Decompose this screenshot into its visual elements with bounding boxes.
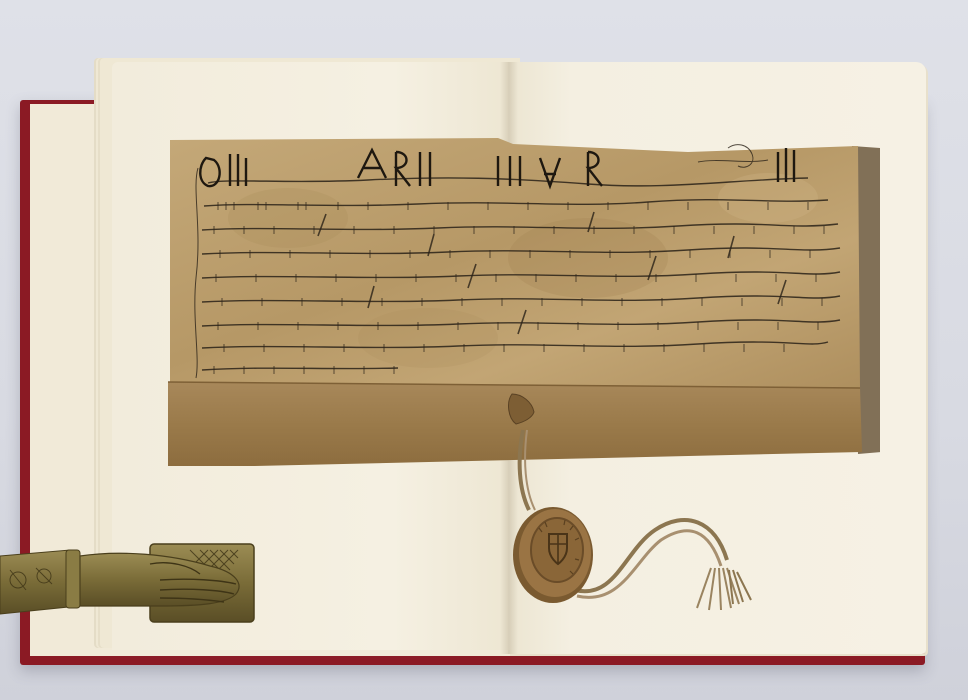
seal-illustration <box>505 410 755 620</box>
brass-hand-illustration <box>0 540 260 626</box>
wax-seal <box>505 410 755 620</box>
brass-hand-page-holder <box>0 540 260 626</box>
photo-scene: Open facsimile book showing a medieval L… <box>0 0 968 700</box>
